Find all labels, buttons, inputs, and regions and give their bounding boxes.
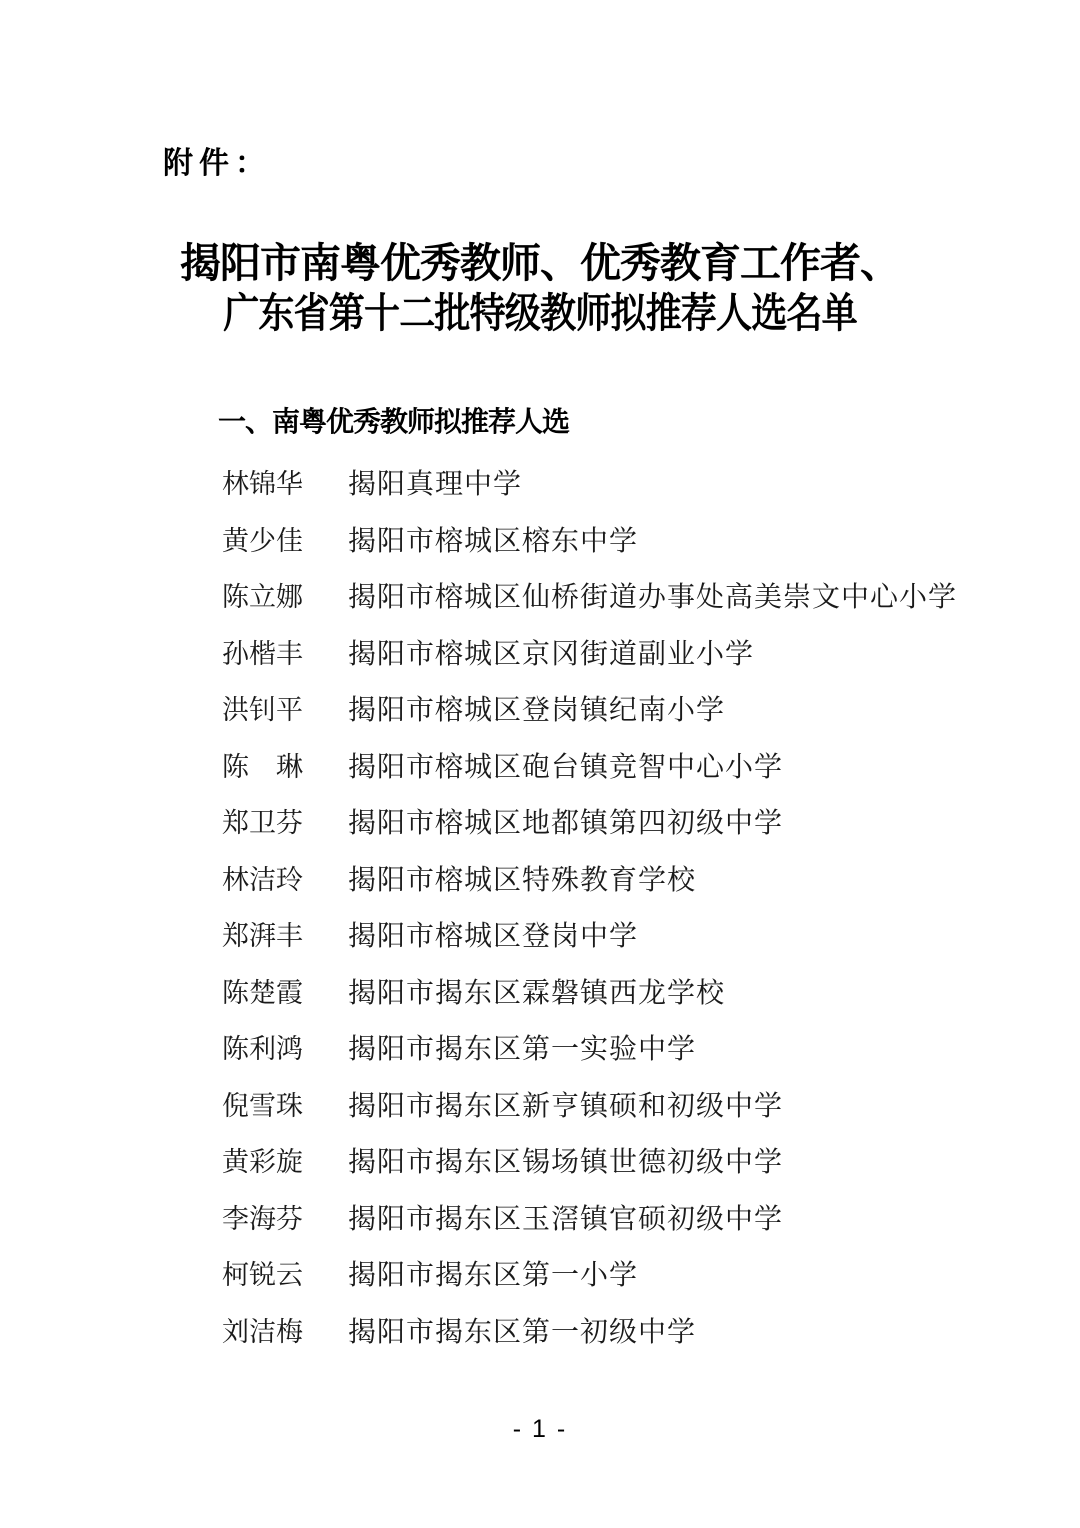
teacher-name: 黄彩旋 (222, 1134, 348, 1191)
list-item: 林洁玲 揭阳市榕城区特殊教育学校 (222, 852, 1040, 909)
school-name: 揭阳市揭东区第一小学 (348, 1248, 638, 1305)
school-name: 揭阳市榕城区特殊教育学校 (348, 853, 696, 910)
list-item: 黄彩旋 揭阳市揭东区锡场镇世德初级中学 (222, 1134, 1040, 1191)
school-name: 揭阳真理中学 (348, 457, 522, 514)
title-line-2: 广东省第十二批特级教师拟推荐人选名单 (65, 288, 1015, 338)
teacher-name: 黄少佳 (222, 513, 348, 570)
school-name: 揭阳市榕城区榕东中学 (348, 514, 638, 571)
school-name: 揭阳市揭东区第一实验中学 (348, 1022, 696, 1079)
teacher-name: 陈利鸿 (222, 1021, 348, 1078)
school-name: 揭阳市榕城区京冈街道副业小学 (348, 627, 754, 684)
list-item: 陈楚霞 揭阳市揭东区霖磐镇西龙学校 (222, 965, 1040, 1022)
school-name: 揭阳市揭东区新亨镇硕和初级中学 (348, 1079, 783, 1136)
school-name: 揭阳市榕城区地都镇第四初级中学 (348, 796, 783, 853)
teacher-name: 柯锐云 (222, 1247, 348, 1304)
list-item: 李海芬 揭阳市揭东区玉滘镇官硕初级中学 (222, 1191, 1040, 1248)
list-item: 郑湃丰 揭阳市榕城区登岗中学 (222, 908, 1040, 965)
list-item: 郑卫芬 揭阳市榕城区地都镇第四初级中学 (222, 795, 1040, 852)
teacher-name: 陈立娜 (222, 569, 348, 626)
school-name: 揭阳市揭东区霖磐镇西龙学校 (348, 966, 725, 1023)
section-heading: 一、南粤优秀教师拟推荐人选 (218, 405, 569, 439)
teacher-name: 郑卫芬 (222, 795, 348, 852)
teacher-name: 孙楷丰 (222, 626, 348, 683)
attachment-label: 附件： (163, 138, 271, 182)
document-page: 附件： 揭阳市南粤优秀教师、优秀教育工作者、 广东省第十二批特级教师拟推荐人选名… (0, 0, 1080, 1528)
list-item: 陈利鸿 揭阳市揭东区第一实验中学 (222, 1021, 1040, 1078)
school-name: 揭阳市揭东区锡场镇世德初级中学 (348, 1135, 783, 1192)
list-item: 洪钊平 揭阳市榕城区登岗镇纪南小学 (222, 682, 1040, 739)
document-title: 揭阳市南粤优秀教师、优秀教育工作者、 广东省第十二批特级教师拟推荐人选名单 (0, 238, 1080, 338)
page-number: - 1 - (0, 1415, 1080, 1444)
list-item: 倪雪珠 揭阳市揭东区新亨镇硕和初级中学 (222, 1078, 1040, 1135)
school-name: 揭阳市榕城区砲台镇竞智中心小学 (348, 740, 783, 797)
list-item: 陈 琳 揭阳市榕城区砲台镇竞智中心小学 (222, 739, 1040, 796)
teacher-name: 林洁玲 (222, 852, 348, 909)
school-name: 揭阳市榕城区登岗镇纪南小学 (348, 683, 725, 740)
teacher-name: 刘洁梅 (222, 1304, 348, 1361)
list-item: 陈立娜 揭阳市榕城区仙桥街道办事处高美崇文中心小学 (222, 569, 1040, 626)
list-item: 孙楷丰 揭阳市榕城区京冈街道副业小学 (222, 626, 1040, 683)
recommendation-list: 林锦华 揭阳真理中学 黄少佳 揭阳市榕城区榕东中学 陈立娜 揭阳市榕城区仙桥街道… (222, 456, 1040, 1360)
teacher-name: 李海芬 (222, 1191, 348, 1248)
list-item: 黄少佳 揭阳市榕城区榕东中学 (222, 513, 1040, 570)
list-item: 柯锐云 揭阳市揭东区第一小学 (222, 1247, 1040, 1304)
title-line-1: 揭阳市南粤优秀教师、优秀教育工作者、 (0, 238, 1080, 288)
teacher-name: 林锦华 (222, 456, 348, 513)
school-name: 揭阳市榕城区仙桥街道办事处高美崇文中心小学 (348, 570, 957, 627)
teacher-name: 洪钊平 (222, 682, 348, 739)
teacher-name: 倪雪珠 (222, 1078, 348, 1135)
teacher-name: 郑湃丰 (222, 908, 348, 965)
school-name: 揭阳市榕城区登岗中学 (348, 909, 638, 966)
school-name: 揭阳市揭东区第一初级中学 (348, 1305, 696, 1362)
teacher-name: 陈楚霞 (222, 965, 348, 1022)
school-name: 揭阳市揭东区玉滘镇官硕初级中学 (348, 1192, 783, 1249)
list-item: 林锦华 揭阳真理中学 (222, 456, 1040, 513)
teacher-name: 陈 琳 (222, 739, 348, 796)
list-item: 刘洁梅 揭阳市揭东区第一初级中学 (222, 1304, 1040, 1361)
